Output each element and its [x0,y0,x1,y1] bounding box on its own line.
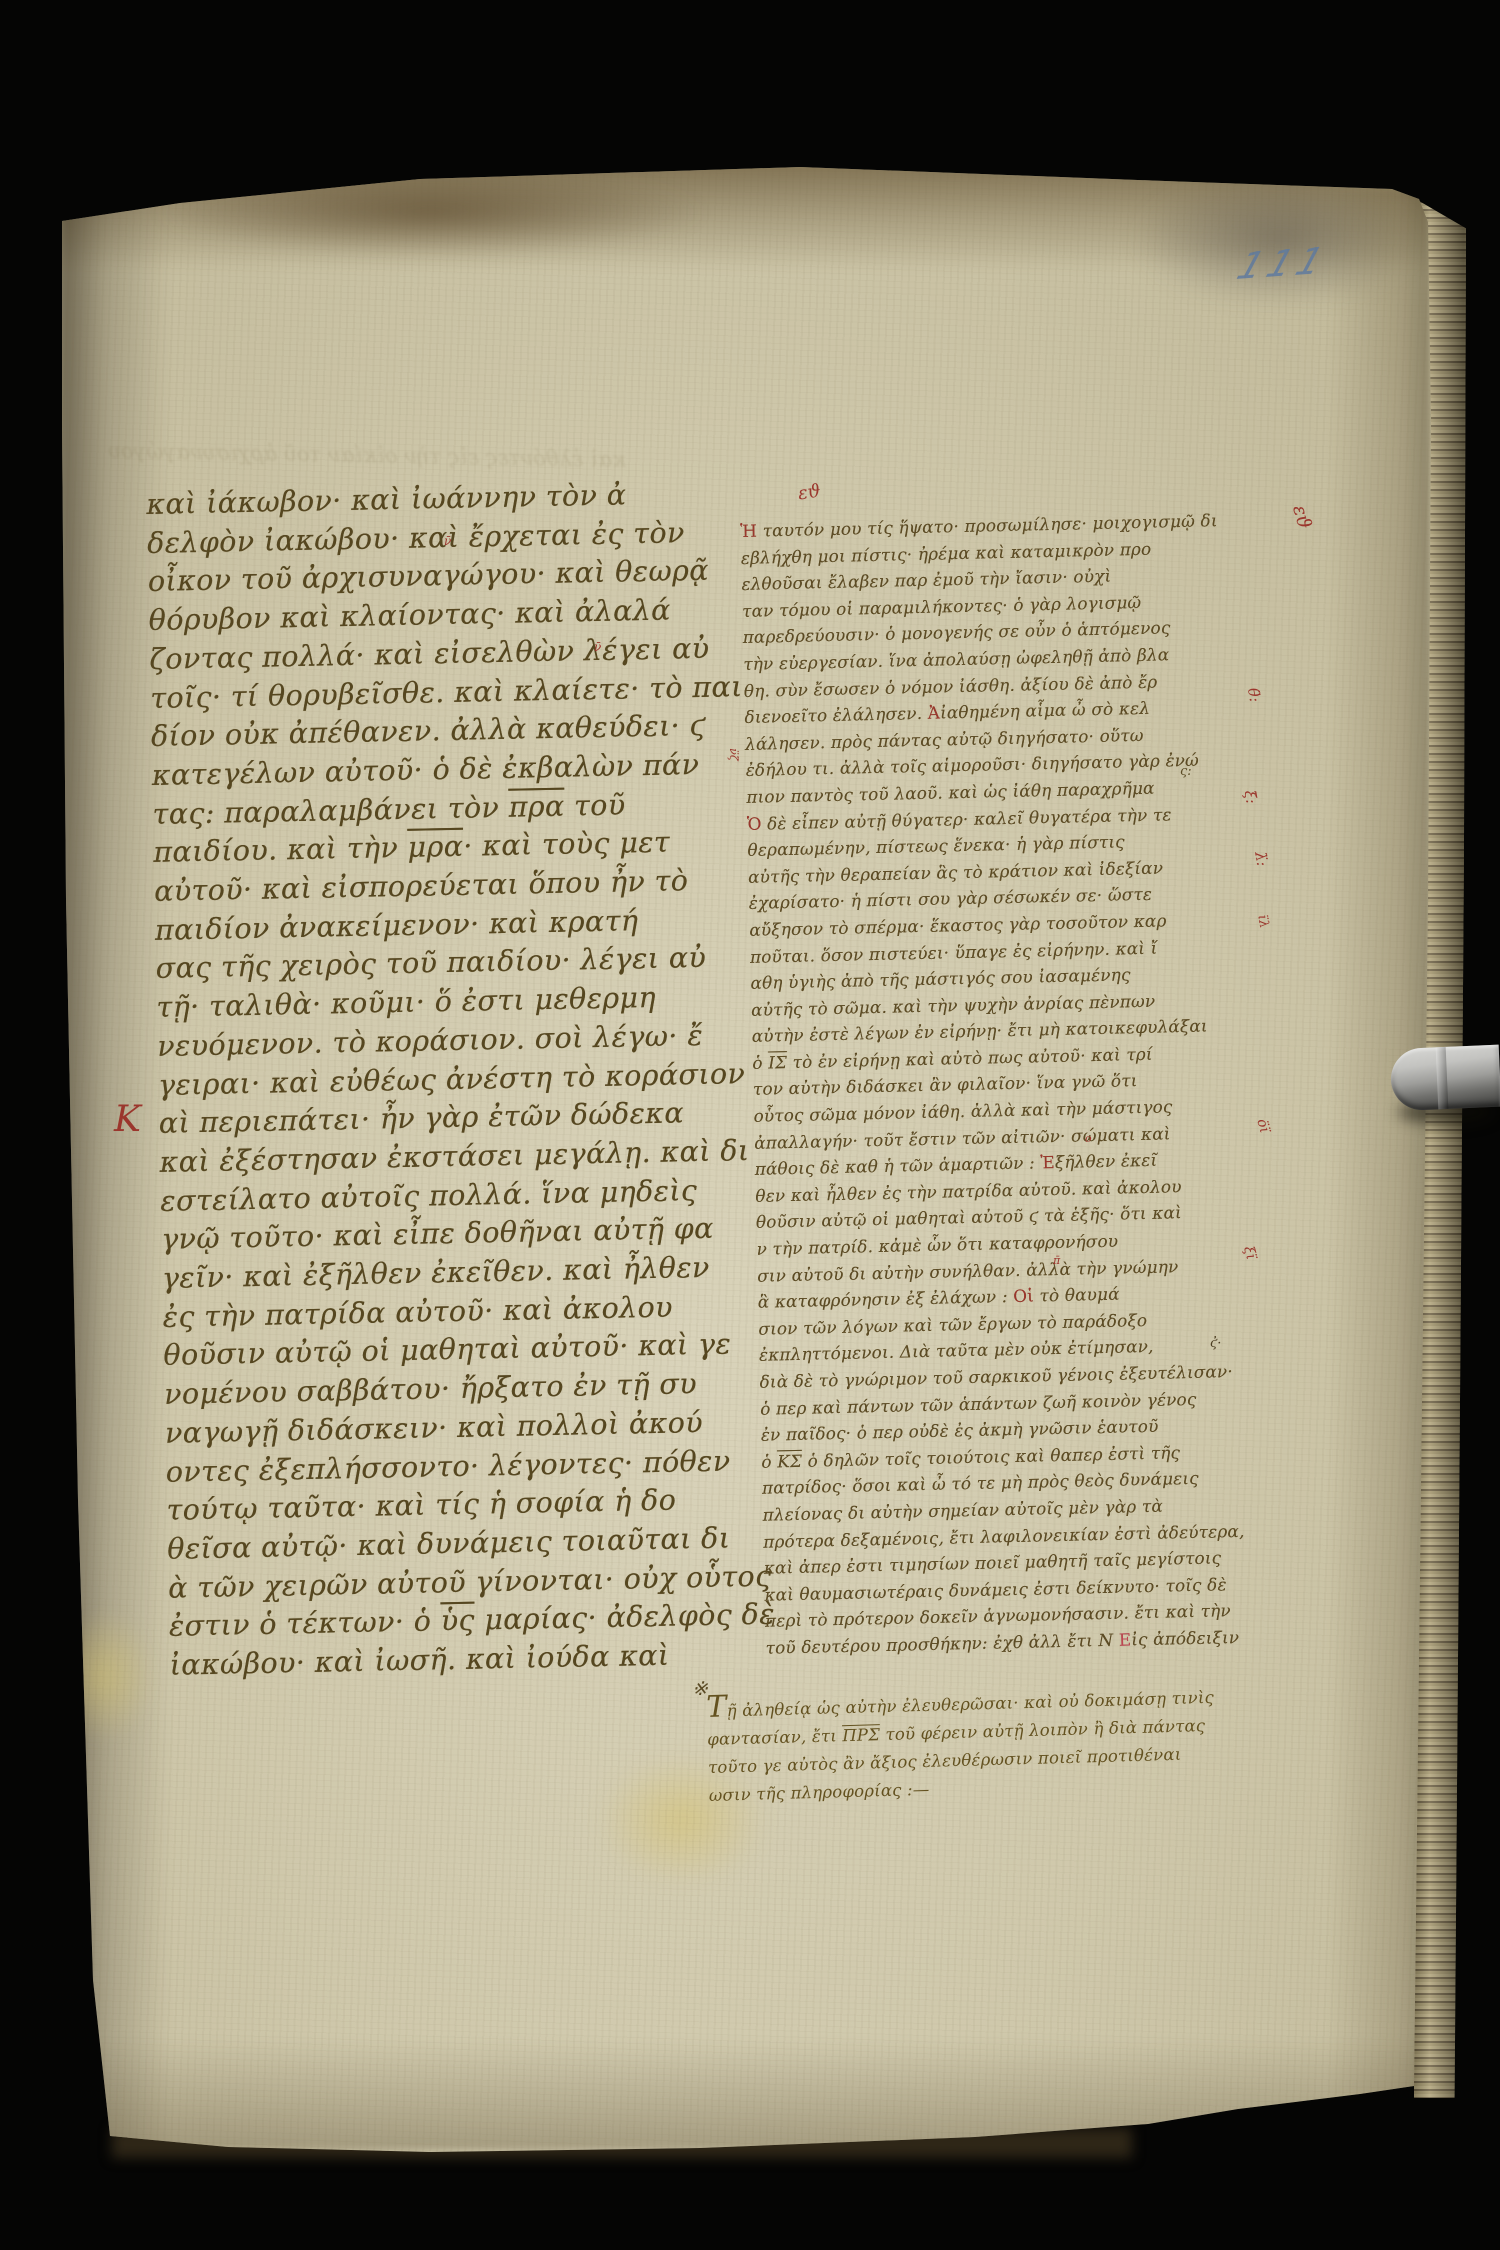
parchment-page: καὶ ἐλθόντες εἰς τὴν οἰκίαν τοῦ ἀρχισυνα… [0,0,1500,2250]
addendum-text-block: Τῇ ἀληθείᾳ ὡς αὐτὴν ἐλευθερῶσαι· καὶ οὐ … [706,1680,1209,1810]
top-stain-band [60,158,1430,270]
margin-note: ν̄ [444,534,451,548]
commentary-text-column: Ἡ ταυτόν μου τίς ἥψατο· προσωμίλησε· μοι… [740,507,1236,1661]
margin-note: ϛ̓· [1210,1336,1221,1351]
margin-note: ς: [1180,764,1192,779]
margin-note: ν̈ζ̈ [727,748,740,761]
margin-note: ο̈ϊ [1253,1117,1272,1135]
stain-blot-top-left [150,166,710,258]
margin-note: ϊλ [1254,914,1271,930]
bottom-shade [90,2038,1420,2150]
right-edge-shade [1328,190,1430,2095]
margin-note: ν̄ [594,640,601,654]
manuscript-photo: καὶ ἐλθόντες εἰς τὴν οἰκίαν τοῦ ἀρχισυνα… [0,0,1500,2250]
folio-number: 111 [1232,239,1334,288]
margin-note: θ̈: [1244,686,1264,703]
metal-clasp [1390,1045,1500,1112]
margin-note: ξϊ [1240,1245,1259,1262]
margin-note: εϑ [1288,503,1315,532]
margin-note: Κ [114,1099,141,1140]
gospel-text-column: καὶ ἰάκωβον· καὶ ἰωάννην τὸν ἀδελφὸν ἰακ… [146,475,700,1685]
margin-note: λ̈: [1251,850,1271,867]
margin-note: εϑ [797,481,822,505]
yellow-stain-left [52,1610,156,1742]
margin-note: π̄ [1053,1254,1060,1267]
margin-note: ο [1085,1132,1092,1145]
show-through-text: καὶ ἐλθόντες εἰς τὴν οἰκίαν τοῦ ἀρχισυνα… [196,440,626,472]
stain-blot-top-right [1130,172,1430,307]
margin-note: ξ̈: [1241,789,1261,805]
margin-note: ※ [692,1678,708,1700]
